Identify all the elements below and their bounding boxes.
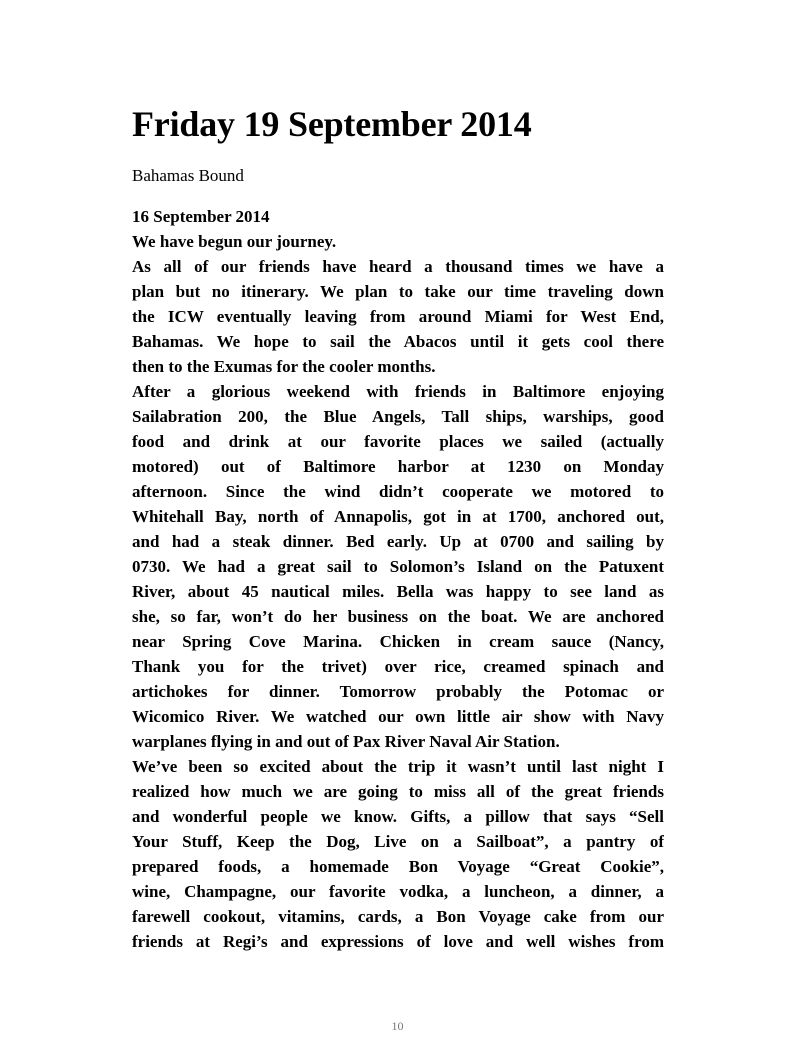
text-line: 0730. We had a great sail to Solomon’s I… bbox=[132, 554, 664, 579]
text-line: then to the Exumas for the cooler months… bbox=[132, 354, 664, 379]
text-line: and wonderful people we know. Gifts, a p… bbox=[132, 804, 664, 829]
document-page: Friday 19 September 2014 Bahamas Bound 1… bbox=[0, 0, 795, 1063]
page-number: 10 bbox=[0, 1019, 795, 1034]
text-line: Thank you for the trivet) over rice, cre… bbox=[132, 654, 664, 679]
text-line: We’ve been so excited about the trip it … bbox=[132, 754, 664, 779]
text-line: Wicomico River. We watched our own littl… bbox=[132, 704, 664, 729]
entry-heading: We have begun our journey. bbox=[132, 229, 664, 254]
entry-date: 16 September 2014 bbox=[132, 204, 664, 229]
text-line: she, so far, won’t do her business on th… bbox=[132, 604, 664, 629]
text-line: wine, Champagne, our favorite vodka, a l… bbox=[132, 879, 664, 904]
text-line: realized how much we are going to miss a… bbox=[132, 779, 664, 804]
text-line: near Spring Cove Marina. Chicken in crea… bbox=[132, 629, 664, 654]
text-line: After a glorious weekend with friends in… bbox=[132, 379, 664, 404]
text-line: friends at Regi’s and expressions of lov… bbox=[132, 929, 664, 954]
page-subtitle: Bahamas Bound bbox=[132, 165, 244, 187]
text-line: farewell cookout, vitamins, cards, a Bon… bbox=[132, 904, 664, 929]
text-line: Whitehall Bay, north of Annapolis, got i… bbox=[132, 504, 664, 529]
paragraph-1: As all of our friends have heard a thous… bbox=[132, 254, 664, 379]
paragraph-2: After a glorious weekend with friends in… bbox=[132, 379, 664, 754]
page-title: Friday 19 September 2014 bbox=[132, 102, 532, 146]
text-line: As all of our friends have heard a thous… bbox=[132, 254, 664, 279]
text-line: motored) out of Baltimore harbor at 1230… bbox=[132, 454, 664, 479]
text-line: and had a steak dinner. Bed early. Up at… bbox=[132, 529, 664, 554]
text-line: afternoon. Since the wind didn’t coopera… bbox=[132, 479, 664, 504]
text-line: artichokes for dinner. Tomorrow probably… bbox=[132, 679, 664, 704]
text-line: Bahamas. We hope to sail the Abacos unti… bbox=[132, 329, 664, 354]
text-line: Your Stuff, Keep the Dog, Live on a Sail… bbox=[132, 829, 664, 854]
entry-body: 16 September 2014 We have begun our jour… bbox=[132, 204, 664, 954]
text-line: River, about 45 nautical miles. Bella wa… bbox=[132, 579, 664, 604]
text-line: plan but no itinerary. We plan to take o… bbox=[132, 279, 664, 304]
paragraph-3: We’ve been so excited about the trip it … bbox=[132, 754, 664, 954]
text-line: the ICW eventually leaving from around M… bbox=[132, 304, 664, 329]
text-line: prepared foods, a homemade Bon Voyage “G… bbox=[132, 854, 664, 879]
text-line: food and drink at our favorite places we… bbox=[132, 429, 664, 454]
text-line: warplanes flying in and out of Pax River… bbox=[132, 729, 664, 754]
text-line: Sailabration 200, the Blue Angels, Tall … bbox=[132, 404, 664, 429]
